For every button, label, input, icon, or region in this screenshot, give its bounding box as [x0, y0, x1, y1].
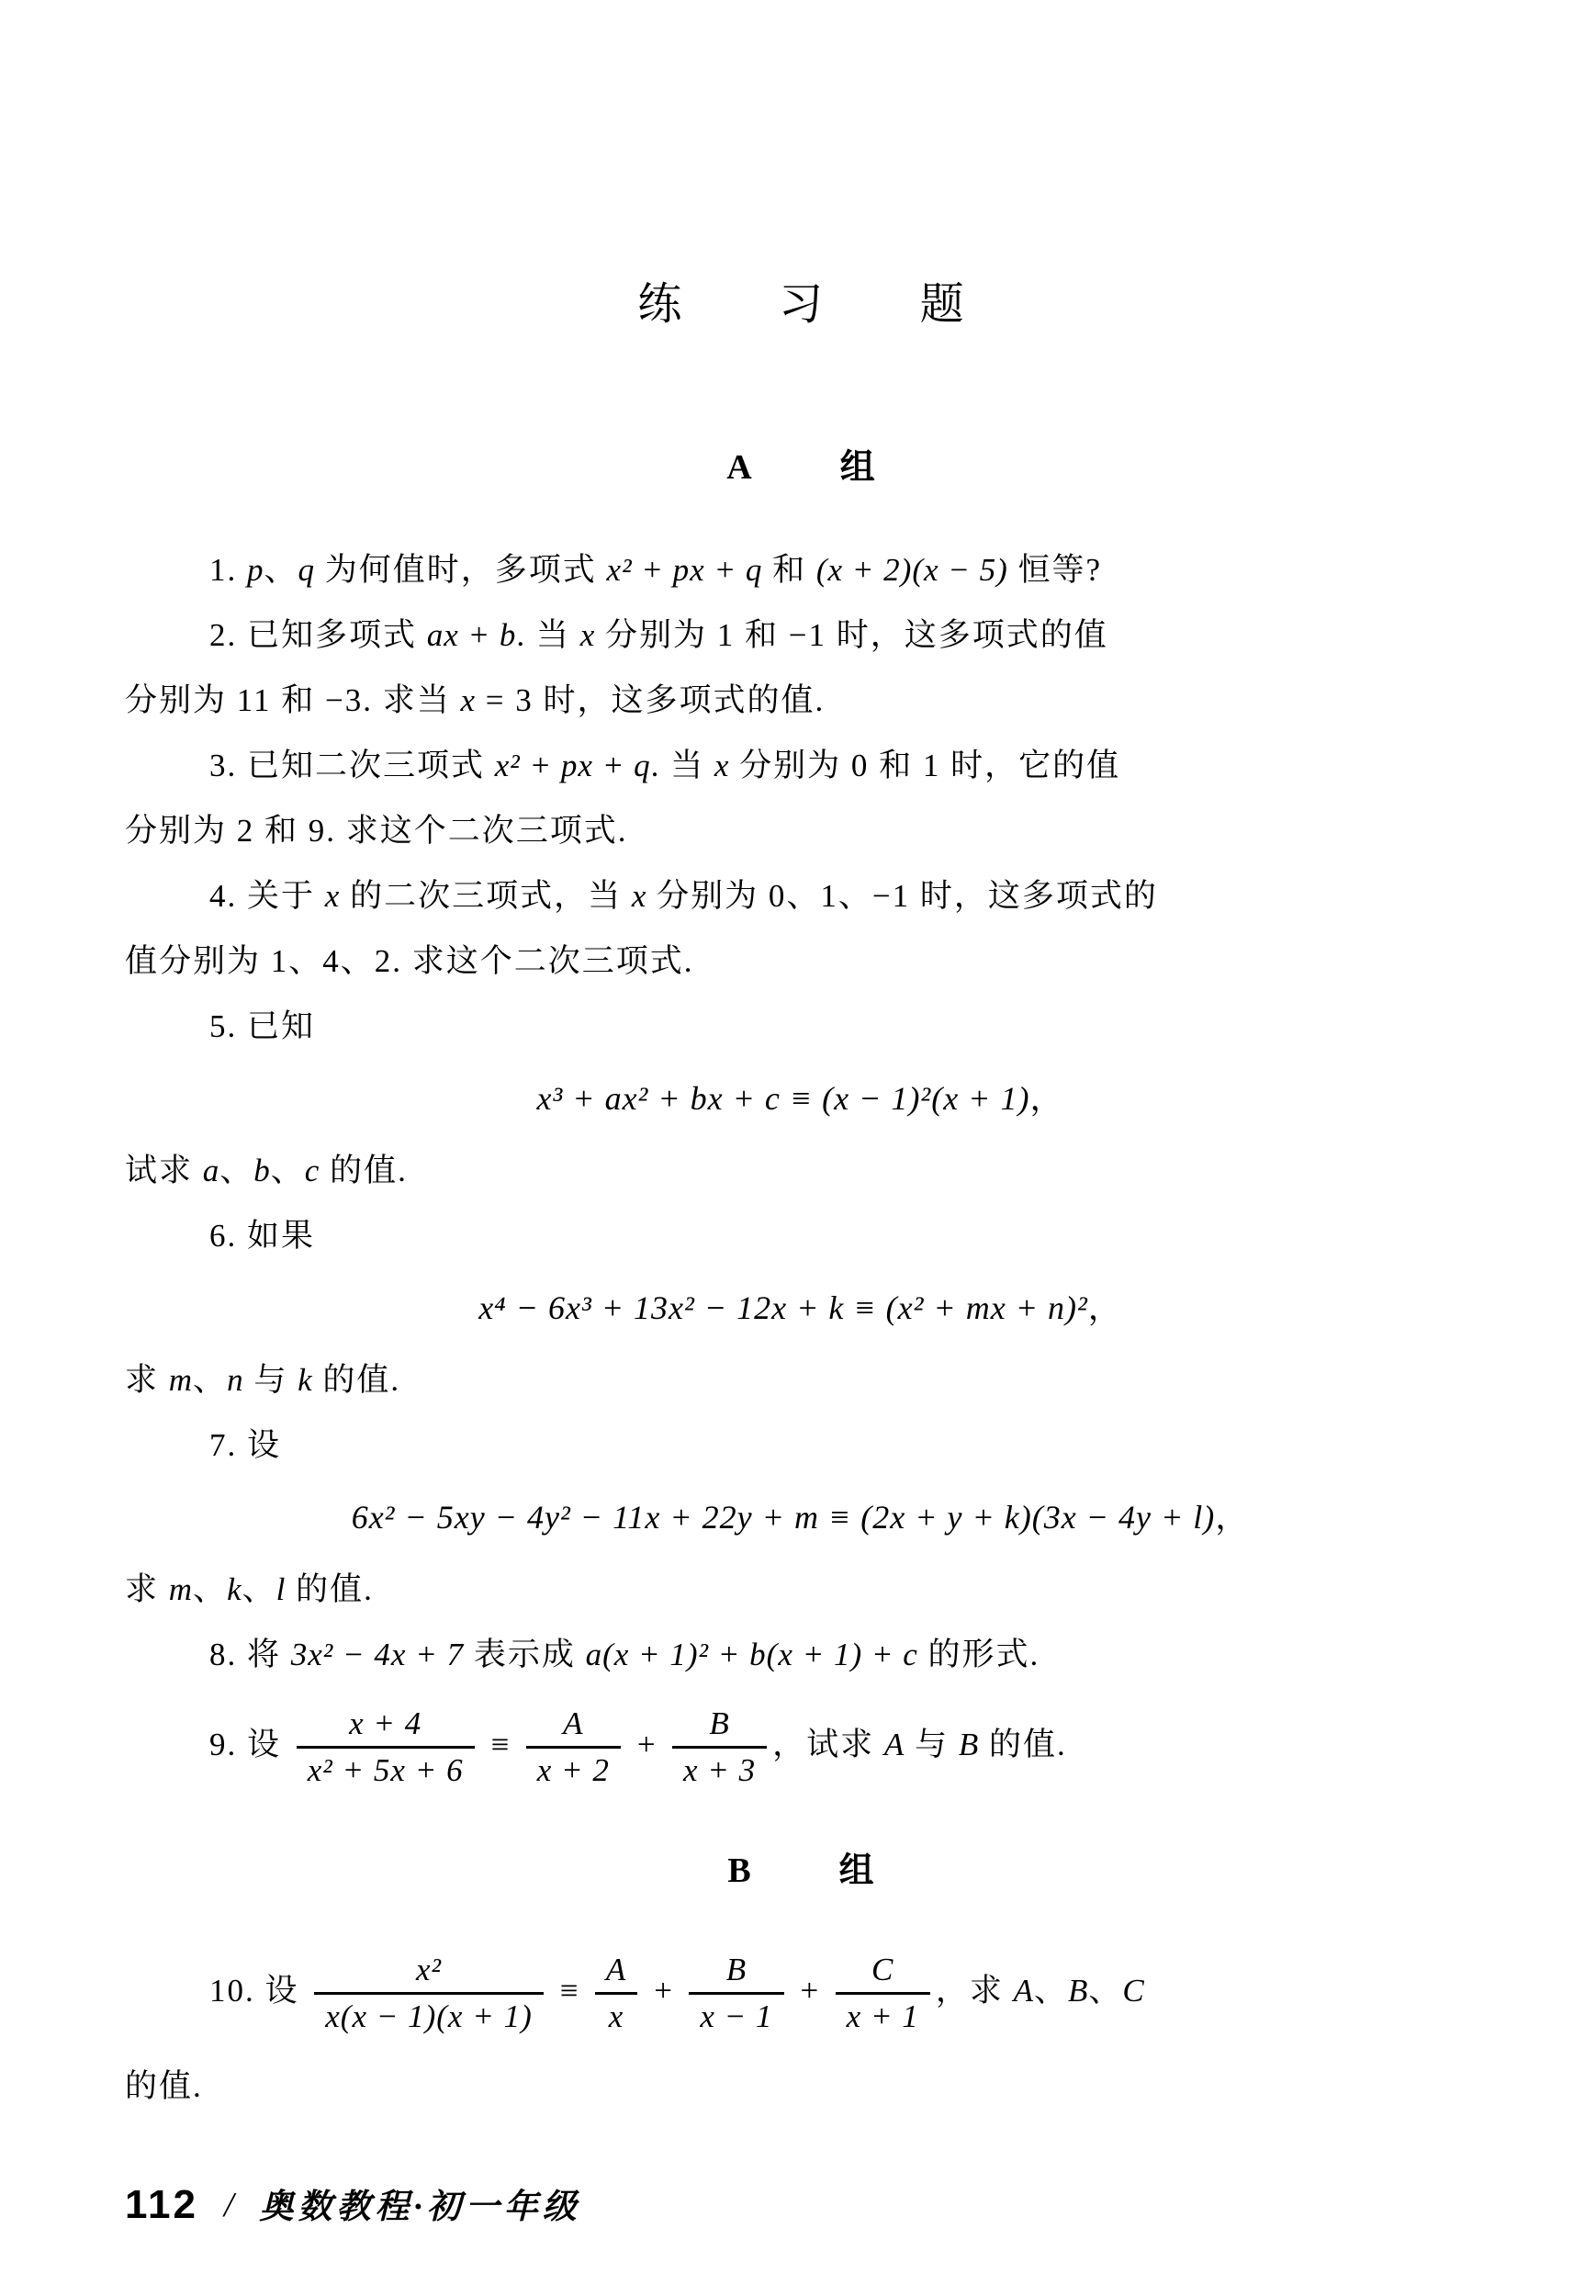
text-run: 1.	[209, 552, 247, 588]
fraction-numerator: A	[595, 1952, 637, 1992]
text-run: 、	[1088, 1972, 1122, 2008]
math-run: q	[298, 552, 316, 588]
text-run: 分别为 0 和 1 时，它的值	[729, 748, 1120, 783]
text-run: 、	[1034, 1972, 1068, 2008]
problem-line: 2. 已知多项式 ax + b. 当 x 分别为 1 和 −1 时，这多项式的值	[125, 602, 1477, 668]
fraction-denominator: x + 2	[526, 1746, 621, 1789]
problem-line: 10. 设 x²x(x − 1)(x + 1) ≡ Ax + Bx − 1 + …	[125, 1946, 1477, 2042]
problem-line: 3. 已知二次三项式 x² + px + q. 当 x 分别为 0 和 1 时，…	[125, 733, 1477, 798]
math-run: b	[253, 1153, 271, 1188]
problem-line: 4. 关于 x 的二次三项式，当 x 分别为 0、1、−1 时，这多项式的	[125, 863, 1477, 929]
text-run: = 3 时，这多项式的值.	[476, 682, 825, 718]
display-formula: x³ + ax² + bx + c ≡ (x − 1)²(x + 1)，	[125, 1063, 1477, 1134]
text-run: 的值.	[320, 1153, 408, 1188]
text-run: 分别为 2 和 9. 求这个二次三项式.	[125, 813, 628, 849]
text-run: 与	[244, 1362, 298, 1398]
math-run: x	[580, 617, 596, 653]
fraction-numerator: A	[526, 1705, 621, 1746]
math-run: +	[626, 1727, 667, 1762]
fraction: x²x(x − 1)(x + 1)	[314, 1952, 543, 2036]
math-run: A	[884, 1727, 905, 1762]
fraction-denominator: x(x − 1)(x + 1)	[314, 1992, 543, 2035]
text-run: 、	[193, 1571, 227, 1607]
textbook-page: 练习题 A组1. p、q 为何值时，多项式 x² + px + q 和 (x +…	[0, 0, 1596, 2296]
math-run: B	[959, 1727, 979, 1762]
text-run: 5. 已知	[209, 1008, 315, 1044]
text-run: . 当	[516, 617, 579, 653]
text-run: 和	[762, 552, 816, 588]
text-run: 为何值时，多项式	[315, 552, 607, 588]
fraction: Cx + 1	[836, 1952, 930, 2036]
fraction: x + 4x² + 5x + 6	[297, 1705, 475, 1790]
math-run: k	[227, 1571, 242, 1607]
text-run: 的形式.	[918, 1637, 1040, 1672]
text-run: 10. 设	[209, 1972, 309, 2008]
fraction-denominator: x	[595, 1992, 637, 2035]
book-title: 奥数教程·初一年级	[260, 2178, 581, 2228]
text-run: 求	[125, 1571, 169, 1607]
math-run: x³ + ax² + bx + c ≡ (x − 1)²(x + 1)	[537, 1080, 1030, 1117]
text-run: 8. 将	[209, 1637, 291, 1672]
math-run: x	[714, 748, 730, 783]
problem-line: 1. p、q 为何值时，多项式 x² + px + q 和 (x + 2)(x …	[125, 537, 1477, 602]
text-run: ，	[1029, 1080, 1064, 1117]
math-run: x² + px + q	[607, 552, 763, 588]
text-run: 的值.	[125, 2068, 203, 2104]
math-run: c	[305, 1153, 320, 1188]
math-run: B	[1068, 1972, 1088, 2008]
math-run: +	[643, 1972, 683, 2008]
text-run: 、	[264, 552, 298, 588]
math-run: l	[276, 1571, 287, 1607]
problem-line: 6. 如果	[125, 1203, 1477, 1268]
text-run: 分别为 11 和 −3. 求当	[125, 682, 460, 718]
section-label: 组	[839, 1851, 874, 1891]
text-run: 分别为 0、1、−1 时，这多项式的	[646, 878, 1158, 914]
fraction-denominator: x − 1	[689, 1992, 783, 2035]
text-run: 恒等?	[1008, 552, 1102, 588]
problem-line: 分别为 2 和 9. 求这个二次三项式.	[125, 798, 1477, 863]
section-letter: A	[726, 447, 751, 488]
fraction-denominator: x + 1	[836, 1992, 930, 2035]
problem-line: 7. 设	[125, 1412, 1477, 1478]
math-run: m	[169, 1571, 193, 1607]
problem-line: 分别为 11 和 −3. 求当 x = 3 时，这多项式的值.	[125, 668, 1477, 733]
text-run: 值分别为 1、4、2. 求这个二次三项式.	[125, 943, 694, 979]
text-run: 表示成	[464, 1637, 586, 1672]
fraction-numerator: B	[672, 1705, 767, 1746]
problem-line: 求 m、k、l 的值.	[125, 1557, 1477, 1622]
text-run: 2. 已知多项式	[209, 617, 427, 653]
display-formula: 6x² − 5xy − 4y² − 11x + 22y + m ≡ (2x + …	[125, 1481, 1477, 1553]
math-run: p	[247, 552, 264, 588]
math-run: x	[460, 682, 476, 718]
text-run: 试求	[125, 1153, 203, 1188]
text-run: 的值.	[979, 1727, 1067, 1762]
section-letter: B	[727, 1851, 750, 1891]
math-run: m	[169, 1362, 193, 1398]
fraction: Bx − 1	[689, 1952, 783, 2036]
page-footer: 112 / 奥数教程·初一年级	[125, 2178, 581, 2228]
text-run: 的值.	[286, 1571, 374, 1607]
text-run: ，	[1088, 1289, 1123, 1326]
math-run: x	[632, 878, 647, 914]
footer-separator-icon: /	[224, 2185, 234, 2225]
math-run: +	[790, 1972, 830, 2008]
text-run: 的二次三项式，当	[340, 878, 632, 914]
problem-line: 求 m、n 与 k 的值.	[125, 1347, 1477, 1412]
math-run: ≡	[549, 1972, 590, 2008]
fraction: Ax	[595, 1952, 637, 2036]
math-run: x² + px + q	[495, 748, 651, 783]
text-run: 、	[219, 1153, 253, 1188]
fraction-numerator: x + 4	[297, 1705, 475, 1746]
text-run: 、	[193, 1362, 227, 1398]
text-run: 与	[905, 1727, 959, 1762]
section-label: 组	[840, 447, 875, 488]
math-run: 6x² − 5xy − 4y² − 11x + 22y + m ≡ (2x + …	[352, 1499, 1216, 1536]
text-run: 6. 如果	[209, 1218, 315, 1254]
text-run: 7. 设	[209, 1427, 281, 1463]
text-run: 求	[125, 1362, 169, 1398]
text-run: ，	[1215, 1499, 1250, 1536]
math-run: x⁴ − 6x³ + 13x² − 12x + k ≡ (x² + mx + n…	[478, 1289, 1088, 1326]
text-run: 的值.	[313, 1362, 401, 1398]
problem-line: 试求 a、b、c 的值.	[125, 1138, 1477, 1203]
problem-line: 9. 设 x + 4x² + 5x + 6 ≡ Ax + 2 + Bx + 3，…	[125, 1700, 1477, 1795]
math-run: k	[298, 1362, 313, 1398]
text-run: 3. 已知二次三项式	[209, 748, 495, 783]
page-title-text: 练习题	[541, 280, 1061, 329]
page-number: 112	[125, 2182, 198, 2228]
fraction-numerator: x²	[314, 1952, 543, 1992]
problem-line: 值分别为 1、4、2. 求这个二次三项式.	[125, 929, 1477, 994]
text-run: . 当	[651, 748, 714, 783]
math-run: (x + 2)(x − 5)	[816, 552, 1008, 588]
display-formula: x⁴ − 6x³ + 13x² − 12x + k ≡ (x² + mx + n…	[125, 1272, 1477, 1344]
page-title: 练习题	[125, 268, 1477, 332]
section-heading: B组	[125, 1851, 1477, 1891]
section-heading: A组	[125, 447, 1477, 488]
math-run: a	[203, 1153, 220, 1188]
text-run: 分别为 1 和 −1 时，这多项式的值	[595, 617, 1108, 653]
text-run: 、	[242, 1571, 276, 1607]
problem-line: 的值.	[125, 2054, 1477, 2119]
fraction-numerator: C	[836, 1952, 930, 1992]
math-run: n	[227, 1362, 244, 1398]
fraction: Bx + 3	[672, 1705, 767, 1790]
math-run: ≡	[480, 1727, 521, 1762]
text-run: ，求	[936, 1972, 1014, 2008]
math-run: C	[1122, 1972, 1144, 2008]
text-run: 4. 关于	[209, 878, 325, 914]
text-run: ，试求	[772, 1727, 884, 1762]
fraction: Ax + 2	[526, 1705, 621, 1790]
math-run: 3x² − 4x + 7	[291, 1637, 464, 1672]
math-run: x	[325, 878, 341, 914]
fraction-numerator: B	[689, 1952, 783, 1992]
text-run: 、	[271, 1153, 305, 1188]
problem-line: 5. 已知	[125, 994, 1477, 1059]
fraction-denominator: x² + 5x + 6	[297, 1746, 475, 1789]
fraction-denominator: x + 3	[672, 1746, 767, 1789]
text-run: 9. 设	[209, 1727, 291, 1762]
math-run: ax + b	[427, 617, 517, 653]
math-run: a(x + 1)² + b(x + 1) + c	[586, 1637, 918, 1672]
problem-line: 8. 将 3x² − 4x + 7 表示成 a(x + 1)² + b(x + …	[125, 1622, 1477, 1687]
math-run: A	[1014, 1972, 1034, 2008]
problems-area: A组1. p、q 为何值时，多项式 x² + px + q 和 (x + 2)(…	[125, 447, 1477, 2119]
